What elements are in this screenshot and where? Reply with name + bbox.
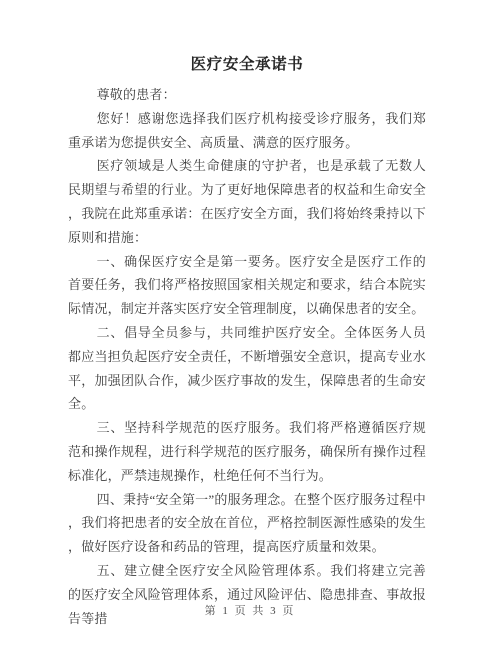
paragraph: 医疗领域是人类生命健康的守护者，也是承载了无数人民期望与希望的行业。为了更好地保… xyxy=(68,154,426,249)
document-content: 医疗安全承诺书 尊敬的患者：您好！感谢您选择我们医疗机构接受诊疗服务，我们郑重承… xyxy=(0,0,500,630)
paragraph: 三、坚持科学规范的医疗服务。我们将严格遵循医疗规范和操作规程，进行科学规范的医疗… xyxy=(68,416,426,487)
document-body: 尊敬的患者：您好！感谢您选择我们医疗机构接受诊疗服务，我们郑重承诺为您提供安全、… xyxy=(68,83,426,630)
paragraph: 尊敬的患者： xyxy=(68,83,426,107)
paragraph: 一、确保医疗安全是第一要务。医疗安全是医疗工作的首要任务，我们将严格按照国家相关… xyxy=(68,250,426,321)
document-title: 医疗安全承诺书 xyxy=(68,52,426,74)
paragraph: 二、倡导全员参与，共同维护医疗安全。全体医务人员都应当担负起医疗安全责任，不断增… xyxy=(68,321,426,416)
paragraph: 您好！感谢您选择我们医疗机构接受诊疗服务，我们郑重承诺为您提供安全、高质量、满意… xyxy=(68,107,426,155)
paragraph: 五、建立健全医疗安全风险管理体系。我们将建立完善的医疗安全风险管理体系，通过风险… xyxy=(68,559,426,630)
paragraph: 四、秉持“安全第一”的服务理念。在整个医疗服务过程中，我们将把患者的安全放在首位… xyxy=(68,488,426,559)
document-page: 医疗安全承诺书 尊敬的患者：您好！感谢您选择我们医疗机构接受诊疗服务，我们郑重承… xyxy=(0,0,500,647)
page-number-footer: 第 1 页 共 3 页 xyxy=(0,602,500,618)
